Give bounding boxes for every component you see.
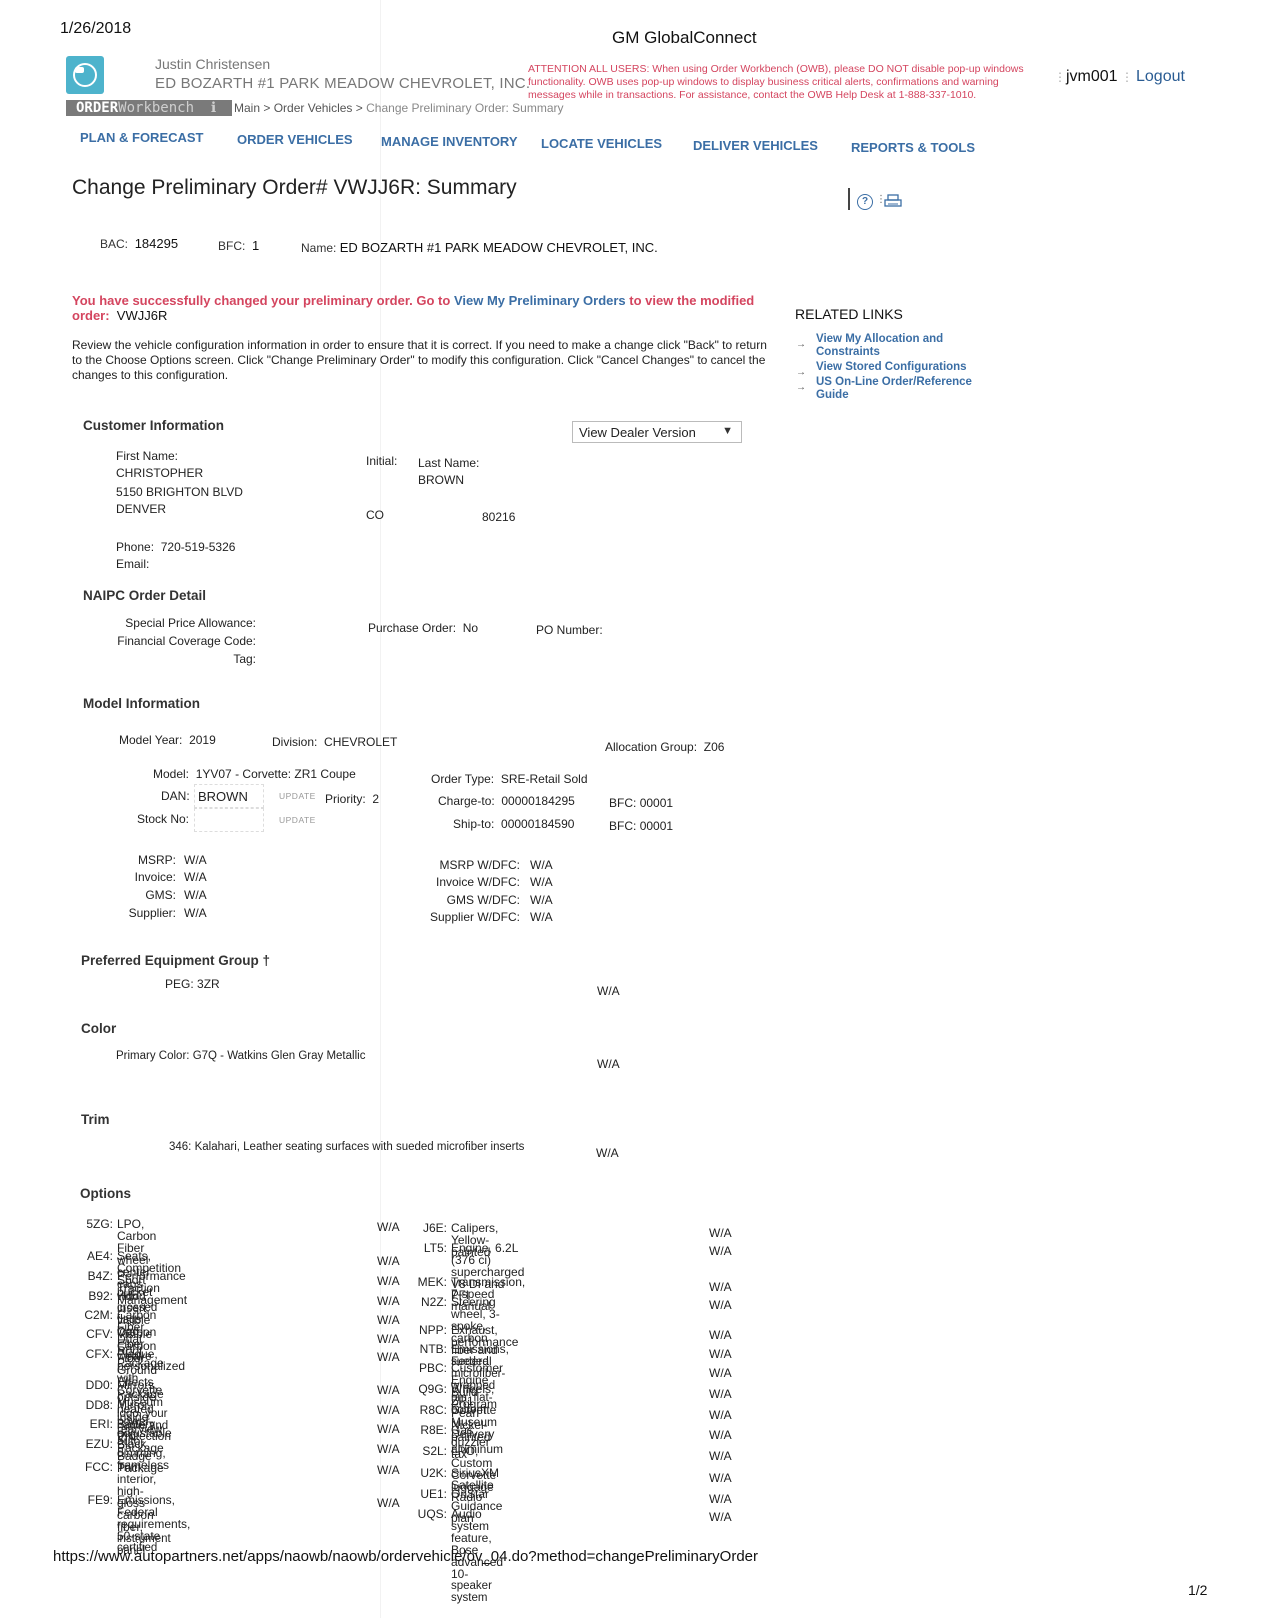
- priority-label: Priority:: [325, 792, 366, 806]
- supplier-value: W/A: [184, 906, 207, 920]
- option-code: PBC:: [419, 1362, 447, 1374]
- stock-update-button[interactable]: UPDATE: [279, 815, 316, 825]
- help-icon[interactable]: ?: [857, 194, 873, 210]
- option-price: W/A: [377, 1350, 400, 1364]
- option-price: W/A: [709, 1449, 732, 1463]
- phone-field: Phone: 720-519-5326: [116, 540, 235, 554]
- option-price: W/A: [709, 1387, 732, 1401]
- model-info-heading: Model Information: [83, 696, 200, 711]
- supplier-label: Supplier:: [90, 906, 176, 920]
- option-price: W/A: [709, 1510, 732, 1524]
- related-link-item[interactable]: →: [796, 377, 806, 395]
- bac-value: 184295: [135, 236, 178, 251]
- last-name-value: BROWN: [418, 473, 464, 487]
- gms-dfc-value: W/A: [530, 893, 553, 907]
- option-price: W/A: [377, 1422, 400, 1436]
- print-page-number: 1/2: [1188, 1582, 1207, 1598]
- option-price: W/A: [709, 1328, 732, 1342]
- options-heading: Options: [80, 1186, 131, 1201]
- msrp-label: MSRP:: [90, 853, 176, 867]
- order-number: VWJJ6R: [117, 308, 168, 323]
- option-code: UQS:: [418, 1508, 447, 1520]
- zip-value: 80216: [482, 510, 515, 524]
- option-code: ERI:: [90, 1418, 113, 1430]
- option-code: C2M:: [84, 1309, 113, 1321]
- primary-color-field: Primary Color: G7Q - Watkins Glen Gray M…: [116, 1050, 365, 1062]
- address-value: 5150 BRIGHTON BLVD: [116, 485, 243, 499]
- dealer-name-field: Name: ED BOZARTH #1 PARK MEADOW CHEVROLE…: [301, 240, 658, 255]
- related-link-item[interactable]: →: [796, 334, 806, 352]
- user-name: Justin Christensen: [155, 56, 270, 72]
- supplier-dfc-value: W/A: [530, 910, 553, 924]
- priority-value: 2: [372, 792, 379, 806]
- option-code: CFV:: [86, 1328, 113, 1340]
- option-row: FE9:Emissions, Federal requirements, 50-…: [117, 1494, 190, 1554]
- dan-update-button[interactable]: UPDATE: [279, 791, 316, 801]
- divider: ⋮: [1121, 70, 1133, 84]
- attention-notice: ATTENTION ALL USERS: When using Order Wo…: [528, 63, 1043, 102]
- option-price: W/A: [709, 1492, 732, 1506]
- dealer-name: ED BOZARTH #1 PARK MEADOW CHEVROLET, INC…: [155, 75, 530, 92]
- color-heading: Color: [81, 1021, 116, 1036]
- msrp-dfc-label: MSRP W/DFC:: [400, 858, 520, 872]
- peg-field: PEG: 3ZR: [165, 977, 220, 991]
- order-type-label: Order Type:: [431, 772, 494, 786]
- gms-value: W/A: [184, 888, 207, 902]
- initial-label: Initial:: [366, 454, 397, 468]
- related-link-stored-configurations[interactable]: View Stored Configurations: [816, 361, 967, 374]
- success-prefix: You have successfully changed your preli…: [72, 293, 454, 308]
- bfc-label: BFC:: [609, 819, 636, 833]
- order-type-value: SRE-Retail Sold: [501, 772, 588, 786]
- charge-bfc-field: BFC: 00001: [609, 796, 673, 810]
- peg-price: W/A: [597, 984, 620, 998]
- division-field: Division: CHEVROLET: [272, 735, 397, 749]
- last-name-label: Last Name:: [418, 456, 479, 470]
- success-message: You have successfully changed your preli…: [72, 293, 762, 323]
- nav-manage-inventory[interactable]: MANAGE INVENTORY: [381, 134, 518, 149]
- view-preliminary-orders-link[interactable]: View My Preliminary Orders: [454, 293, 626, 308]
- order-workbench-badge: ORDERWorkbench ℹ: [66, 100, 232, 116]
- option-price: W/A: [377, 1220, 400, 1234]
- trim-price: W/A: [596, 1146, 619, 1160]
- page-title: Change Preliminary Order# VWJJ6R: Summar…: [72, 176, 517, 200]
- option-code: R8E:: [420, 1424, 447, 1436]
- option-price: W/A: [377, 1383, 400, 1397]
- bac-label: BAC:: [100, 237, 128, 251]
- owb-badge-light: Workbench: [118, 100, 194, 116]
- priority-field: Priority: 2: [325, 792, 379, 806]
- toolbar-divider: [848, 188, 850, 210]
- nav-reports-tools[interactable]: REPORTS & TOOLS: [851, 140, 975, 155]
- print-date: 1/26/2018: [60, 20, 131, 38]
- related-link-line[interactable]: Guide: [816, 389, 972, 402]
- option-code: NTB:: [420, 1343, 447, 1355]
- breadcrumb-separator: >: [263, 101, 270, 115]
- success-suffix: to view the modified: [626, 293, 755, 308]
- owb-logo-icon[interactable]: [66, 56, 104, 94]
- invoice-value: W/A: [184, 870, 207, 884]
- print-footer-url: https://www.autopartners.net/apps/naowb/…: [53, 1548, 758, 1565]
- option-code: N2Z:: [421, 1296, 447, 1308]
- option-description: Audio system feature, Bose advanced 10-: [451, 1508, 503, 1580]
- peg-heading: Preferred Equipment Group †: [81, 953, 270, 968]
- model-year-label: Model Year:: [119, 733, 182, 747]
- special-price-label: Special Price Allowance:: [80, 616, 256, 630]
- trim-heading: Trim: [81, 1112, 110, 1127]
- naipc-heading: NAIPC Order Detail: [83, 588, 206, 603]
- option-price: W/A: [377, 1313, 400, 1327]
- option-code: NPP:: [419, 1324, 447, 1336]
- breadcrumb: Main > Order Vehicles > Change Prelimina…: [234, 101, 564, 115]
- option-description: Emissions, Federal requirements, 50-stat…: [117, 1494, 190, 1542]
- peg-label: PEG:: [165, 977, 194, 991]
- breadcrumb-main[interactable]: Main: [234, 101, 260, 115]
- invoice-label: Invoice:: [90, 870, 176, 884]
- po-number-label: PO Number:: [536, 623, 603, 637]
- state-value: CO: [366, 508, 384, 522]
- option-code: 5ZG:: [86, 1218, 113, 1230]
- dealer-version-select[interactable]: View Dealer Version ▼: [572, 421, 742, 443]
- email-label: Email:: [116, 557, 149, 571]
- option-price: W/A: [377, 1496, 400, 1510]
- financial-coverage-label: Financial Coverage Code:: [80, 634, 256, 648]
- breadcrumb-separator: >: [356, 101, 363, 115]
- option-code: DD8:: [86, 1399, 113, 1411]
- nav-deliver-vehicles[interactable]: DELIVER VEHICLES: [693, 138, 818, 153]
- user-id: jvm001: [1066, 68, 1118, 86]
- peg-value: 3ZR: [197, 977, 220, 991]
- invoice-dfc-value: W/A: [530, 875, 553, 889]
- name-label: Name:: [301, 241, 336, 255]
- dan-input[interactable]: BROWN: [194, 784, 264, 808]
- app-title: GM GlobalConnect: [612, 28, 757, 48]
- model-year-value: 2019: [189, 733, 216, 747]
- arrow-right-icon: →: [796, 339, 806, 350]
- divider: ⋮: [1054, 70, 1066, 84]
- charge-bfc-value: 00001: [640, 796, 673, 810]
- related-link-line[interactable]: US On-Line Order/Reference: [816, 376, 972, 389]
- stock-no-input[interactable]: [194, 808, 264, 832]
- option-price: W/A: [709, 1471, 732, 1485]
- charge-to-value: 00000184295: [501, 794, 574, 808]
- msrp-value: W/A: [184, 853, 207, 867]
- allocation-group-field: Allocation Group: Z06: [605, 740, 724, 754]
- division-label: Division:: [272, 735, 317, 749]
- model-label: Model:: [153, 767, 189, 781]
- option-price: W/A: [377, 1294, 400, 1308]
- info-icon: ℹ: [202, 100, 216, 116]
- related-link-line[interactable]: Constraints: [816, 346, 943, 359]
- ship-to-value: 00000184590: [501, 817, 574, 831]
- option-code: EZU:: [86, 1438, 113, 1450]
- option-price: W/A: [709, 1226, 732, 1240]
- ship-to-label: Ship-to:: [453, 817, 494, 831]
- review-instructions: Review the vehicle configuration informa…: [72, 338, 772, 383]
- model-value: 1YV07 - Corvette: ZR1 Coupe: [196, 767, 356, 781]
- phone-value: 720-519-5326: [161, 540, 236, 554]
- logout-link[interactable]: Logout: [1136, 68, 1185, 86]
- option-code: UE1:: [420, 1488, 447, 1500]
- name-value: ED BOZARTH #1 PARK MEADOW CHEVROLET, INC…: [340, 240, 658, 255]
- option-price: W/A: [709, 1428, 732, 1442]
- breadcrumb-current: Change Preliminary Order: Summary: [366, 101, 563, 115]
- option-price: W/A: [377, 1274, 400, 1288]
- arrow-right-icon: →: [796, 382, 806, 393]
- bfc-label: BFC:: [609, 796, 636, 810]
- nav-plan-forecast[interactable]: PLAN & FORECAST: [80, 130, 204, 145]
- option-price: W/A: [377, 1403, 400, 1417]
- trim-value: 346: Kalahari, Leather seating surfaces …: [169, 1141, 524, 1153]
- option-price: W/A: [377, 1463, 400, 1477]
- ship-bfc-value: 00001: [640, 819, 673, 833]
- msrp-dfc-value: W/A: [530, 858, 553, 872]
- option-code: J6E:: [423, 1222, 447, 1234]
- charge-to-field: Charge-to: 00000184295: [438, 794, 575, 808]
- color-price: W/A: [597, 1057, 620, 1071]
- option-code: Q9G:: [418, 1383, 447, 1395]
- dan-label: DAN:: [161, 789, 190, 803]
- option-code: FCC:: [85, 1461, 113, 1473]
- bfc-label: BFC:: [218, 239, 245, 253]
- supplier-dfc-label: Supplier W/DFC:: [400, 910, 520, 924]
- order-type-field: Order Type: SRE-Retail Sold: [431, 772, 588, 786]
- invoice-dfc-label: Invoice W/DFC:: [400, 875, 520, 889]
- option-price: W/A: [709, 1347, 732, 1361]
- option-price: W/A: [709, 1280, 732, 1294]
- tag-label: Tag:: [80, 652, 256, 666]
- option-code: CFX:: [86, 1348, 113, 1360]
- related-link-allocation[interactable]: View My Allocation and Constraints: [816, 333, 943, 359]
- division-value: CHEVROLET: [324, 735, 397, 749]
- purchase-order-field: Purchase Order: No: [368, 621, 478, 635]
- first-name-label: First Name:: [116, 449, 178, 463]
- customer-info-heading: Customer Information: [83, 418, 224, 433]
- owb-badge-bold: ORDER: [76, 100, 118, 116]
- nav-order-vehicles[interactable]: ORDER VEHICLES: [237, 132, 353, 147]
- bac-field: BAC: 184295: [100, 236, 178, 251]
- option-price: W/A: [377, 1254, 400, 1268]
- option-price: W/A: [709, 1298, 732, 1312]
- option-price: W/A: [709, 1366, 732, 1380]
- option-code: DD0:: [86, 1379, 113, 1391]
- primary-color-label: Primary Color:: [116, 1050, 189, 1062]
- option-code: MEK:: [418, 1276, 447, 1288]
- dealer-version-value: View Dealer Version: [579, 425, 696, 440]
- first-name-value: CHRISTOPHER: [116, 466, 203, 480]
- option-price: W/A: [709, 1244, 732, 1258]
- bfc-value: 1: [252, 238, 259, 253]
- nav-locate-vehicles[interactable]: LOCATE VEHICLES: [541, 136, 662, 151]
- model-field: Model: 1YV07 - Corvette: ZR1 Coupe: [153, 767, 356, 781]
- related-links-title: RELATED LINKS: [795, 306, 903, 322]
- option-description-cont: speaker system: [451, 1580, 503, 1604]
- bfc-field: BFC: 1: [218, 238, 259, 253]
- option-code: B4Z:: [88, 1270, 113, 1282]
- charge-to-label: Charge-to:: [438, 794, 495, 808]
- option-price: W/A: [377, 1442, 400, 1456]
- related-link-line[interactable]: View My Allocation and: [816, 333, 943, 346]
- model-year-field: Model Year: 2019: [119, 733, 216, 747]
- related-link-order-guide[interactable]: US On-Line Order/Reference Guide: [816, 376, 972, 402]
- option-code: LT5:: [424, 1242, 447, 1254]
- gms-label: GMS:: [90, 888, 176, 902]
- allocation-group-value: Z06: [704, 740, 725, 754]
- option-code: AE4:: [87, 1250, 113, 1262]
- phone-label: Phone:: [116, 540, 154, 554]
- chevron-down-icon: ▼: [722, 425, 733, 437]
- option-price: W/A: [709, 1408, 732, 1422]
- purchase-order-value: No: [463, 621, 478, 635]
- option-price: W/A: [377, 1332, 400, 1346]
- purchase-order-label: Purchase Order:: [368, 621, 456, 635]
- order-label: order:: [72, 308, 110, 323]
- option-code: R8C:: [420, 1404, 447, 1416]
- option-code: S2L:: [422, 1445, 447, 1457]
- option-code: FE9:: [88, 1494, 113, 1506]
- print-icon[interactable]: [884, 194, 902, 208]
- breadcrumb-order-vehicles[interactable]: Order Vehicles: [274, 101, 353, 115]
- ship-bfc-field: BFC: 00001: [609, 819, 673, 833]
- gms-dfc-label: GMS W/DFC:: [400, 893, 520, 907]
- primary-color-value: G7Q - Watkins Glen Gray Metallic: [193, 1050, 366, 1062]
- allocation-group-label: Allocation Group:: [605, 740, 697, 754]
- stock-no-label: Stock No:: [137, 812, 189, 826]
- city-value: DENVER: [116, 502, 166, 516]
- ship-to-field: Ship-to: 00000184590: [453, 817, 574, 831]
- option-code: U2K:: [420, 1467, 447, 1479]
- option-code: B92:: [88, 1290, 113, 1302]
